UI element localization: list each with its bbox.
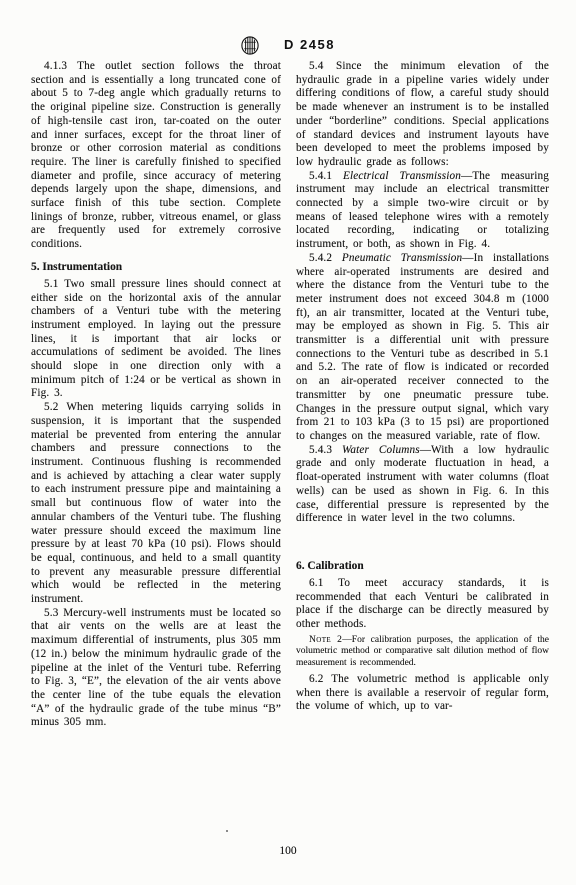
section-heading-calibration: 6. Calibration [296,560,549,572]
two-column-body: 4.1.3 The outlet section follows the thr… [31,60,549,730]
paragraph-5-1: 5.1 Two small pressure lines should conn… [31,278,281,401]
clause-number: 5.4.2 [309,252,342,264]
clause-number: 5.4.1 [309,170,343,182]
clause-title: Water Columns [342,444,420,456]
paragraph-5-3: 5.3 Mercury-well instruments must be loc… [31,607,281,730]
paragraph-6-2: 6.2 The volumetric method is applicable … [296,673,549,714]
paragraph-4-1-3: 4.1.3 The outlet section follows the thr… [31,60,281,252]
note-2: Note 2—For calibration purposes, the app… [296,635,549,669]
document-code: D 2458 [284,37,335,52]
clause-number: 5.4.3 [309,444,342,456]
right-column: 5.4 Since the minimum elevation of the h… [296,60,549,730]
clause-title: Pneumatic Transmission [342,252,462,264]
clause-title: Electrical Transmission [343,170,461,182]
page-header: D 2458 [0,34,576,56]
document-page: D 2458 4.1.3 The outlet section follows … [0,0,576,885]
paragraph-5-4-2: 5.4.2 Pneumatic Transmission—In installa… [296,252,549,444]
note-label: Note 2 [309,635,342,645]
paragraph-6-1: 6.1 To meet accuracy standards, it is re… [296,577,549,632]
astm-logo-icon [241,36,259,55]
paragraph-5-4-1: 5.4.1 Electrical Transmission—The measur… [296,170,549,252]
section-heading-instrumentation: 5. Instrumentation [31,261,281,273]
left-column: 4.1.3 The outlet section follows the thr… [31,60,281,730]
clause-text: —In installations where air-operated ins… [296,252,549,442]
scan-speck [226,830,228,832]
paragraph-5-2: 5.2 When metering liquids carrying solid… [31,401,281,607]
page-number: 100 [0,845,576,857]
paragraph-5-4-3: 5.4.3 Water Columns—With a low hydraulic… [296,444,549,526]
paragraph-5-4: 5.4 Since the minimum elevation of the h… [296,60,549,170]
